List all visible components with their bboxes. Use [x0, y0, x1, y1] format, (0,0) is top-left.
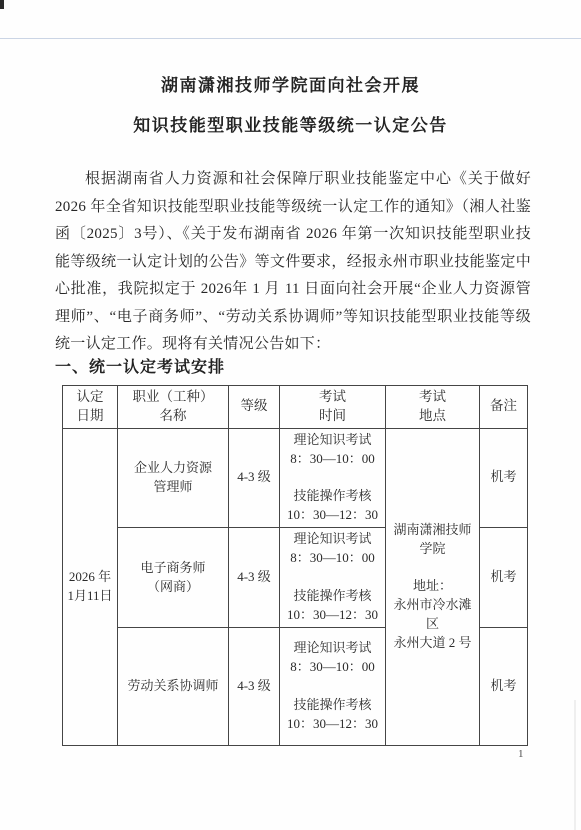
table-header-row: 认定 日期 职业（工种） 名称 等级 考试 时间 考试 地点 备注 — [63, 386, 528, 429]
cell-exam-time: 理论知识考试 8：30—10：00 技能操作考核 10：30—12：30 — [280, 528, 386, 628]
body-paragraph: 根据湖南省人力资源和社会保障厅职业技能鉴定中心《关于做好 2026 年全省知识技… — [55, 166, 531, 359]
document-page: 湖南潇湘技师学院面向社会开展 知识技能型职业技能等级统一认定公告 根据湖南省人力… — [0, 0, 581, 830]
cell-note: 机考 — [480, 628, 528, 746]
col-header-level: 等级 — [229, 386, 280, 429]
cell-occupation: 劳动关系协调师 — [118, 628, 229, 746]
title-line-2: 知识技能型职业技能等级统一认定公告 — [0, 106, 581, 146]
cell-occupation: 电子商务师 （网商） — [118, 528, 229, 628]
cell-note: 机考 — [480, 528, 528, 628]
cell-level: 4-3 级 — [229, 428, 280, 527]
cell-level: 4-3 级 — [229, 528, 280, 628]
cell-exam-time: 理论知识考试 8：30—10：00 技能操作考核 10：30—12：30 — [280, 428, 386, 527]
cell-note: 机考 — [480, 428, 528, 527]
col-header-date: 认定 日期 — [63, 386, 118, 429]
scan-edge-shadow — [574, 700, 576, 830]
scan-artifact-line — [0, 38, 581, 39]
col-header-note: 备注 — [480, 386, 528, 429]
col-header-location: 考试 地点 — [386, 386, 480, 429]
page-number: 1 — [518, 748, 524, 760]
exam-schedule-table: 认定 日期 职业（工种） 名称 等级 考试 时间 考试 地点 备注 2026 年… — [62, 385, 528, 746]
cell-assessment-date: 2026 年 1月11日 — [63, 428, 118, 745]
cell-level: 4-3 级 — [229, 628, 280, 746]
cell-exam-location: 湖南潇湘技师 学院 地址： 永州市冷水滩区 永州大道 2 号 — [386, 428, 480, 745]
col-header-occupation: 职业（工种） 名称 — [118, 386, 229, 429]
cell-exam-time: 理论知识考试 8：30—10：00 技能操作考核 10：30—12：30 — [280, 628, 386, 746]
title-line-1: 湖南潇湘技师学院面向社会开展 — [0, 66, 581, 106]
col-header-time: 考试 时间 — [280, 386, 386, 429]
scan-corner-mark — [0, 0, 4, 9]
cell-occupation: 企业人力资源 管理师 — [118, 428, 229, 527]
table-row: 2026 年 1月11日 企业人力资源 管理师 4-3 级 理论知识考试 8：3… — [63, 428, 528, 527]
section-heading: 一、统一认定考试安排 — [55, 354, 225, 377]
document-title: 湖南潇湘技师学院面向社会开展 知识技能型职业技能等级统一认定公告 — [0, 66, 581, 146]
